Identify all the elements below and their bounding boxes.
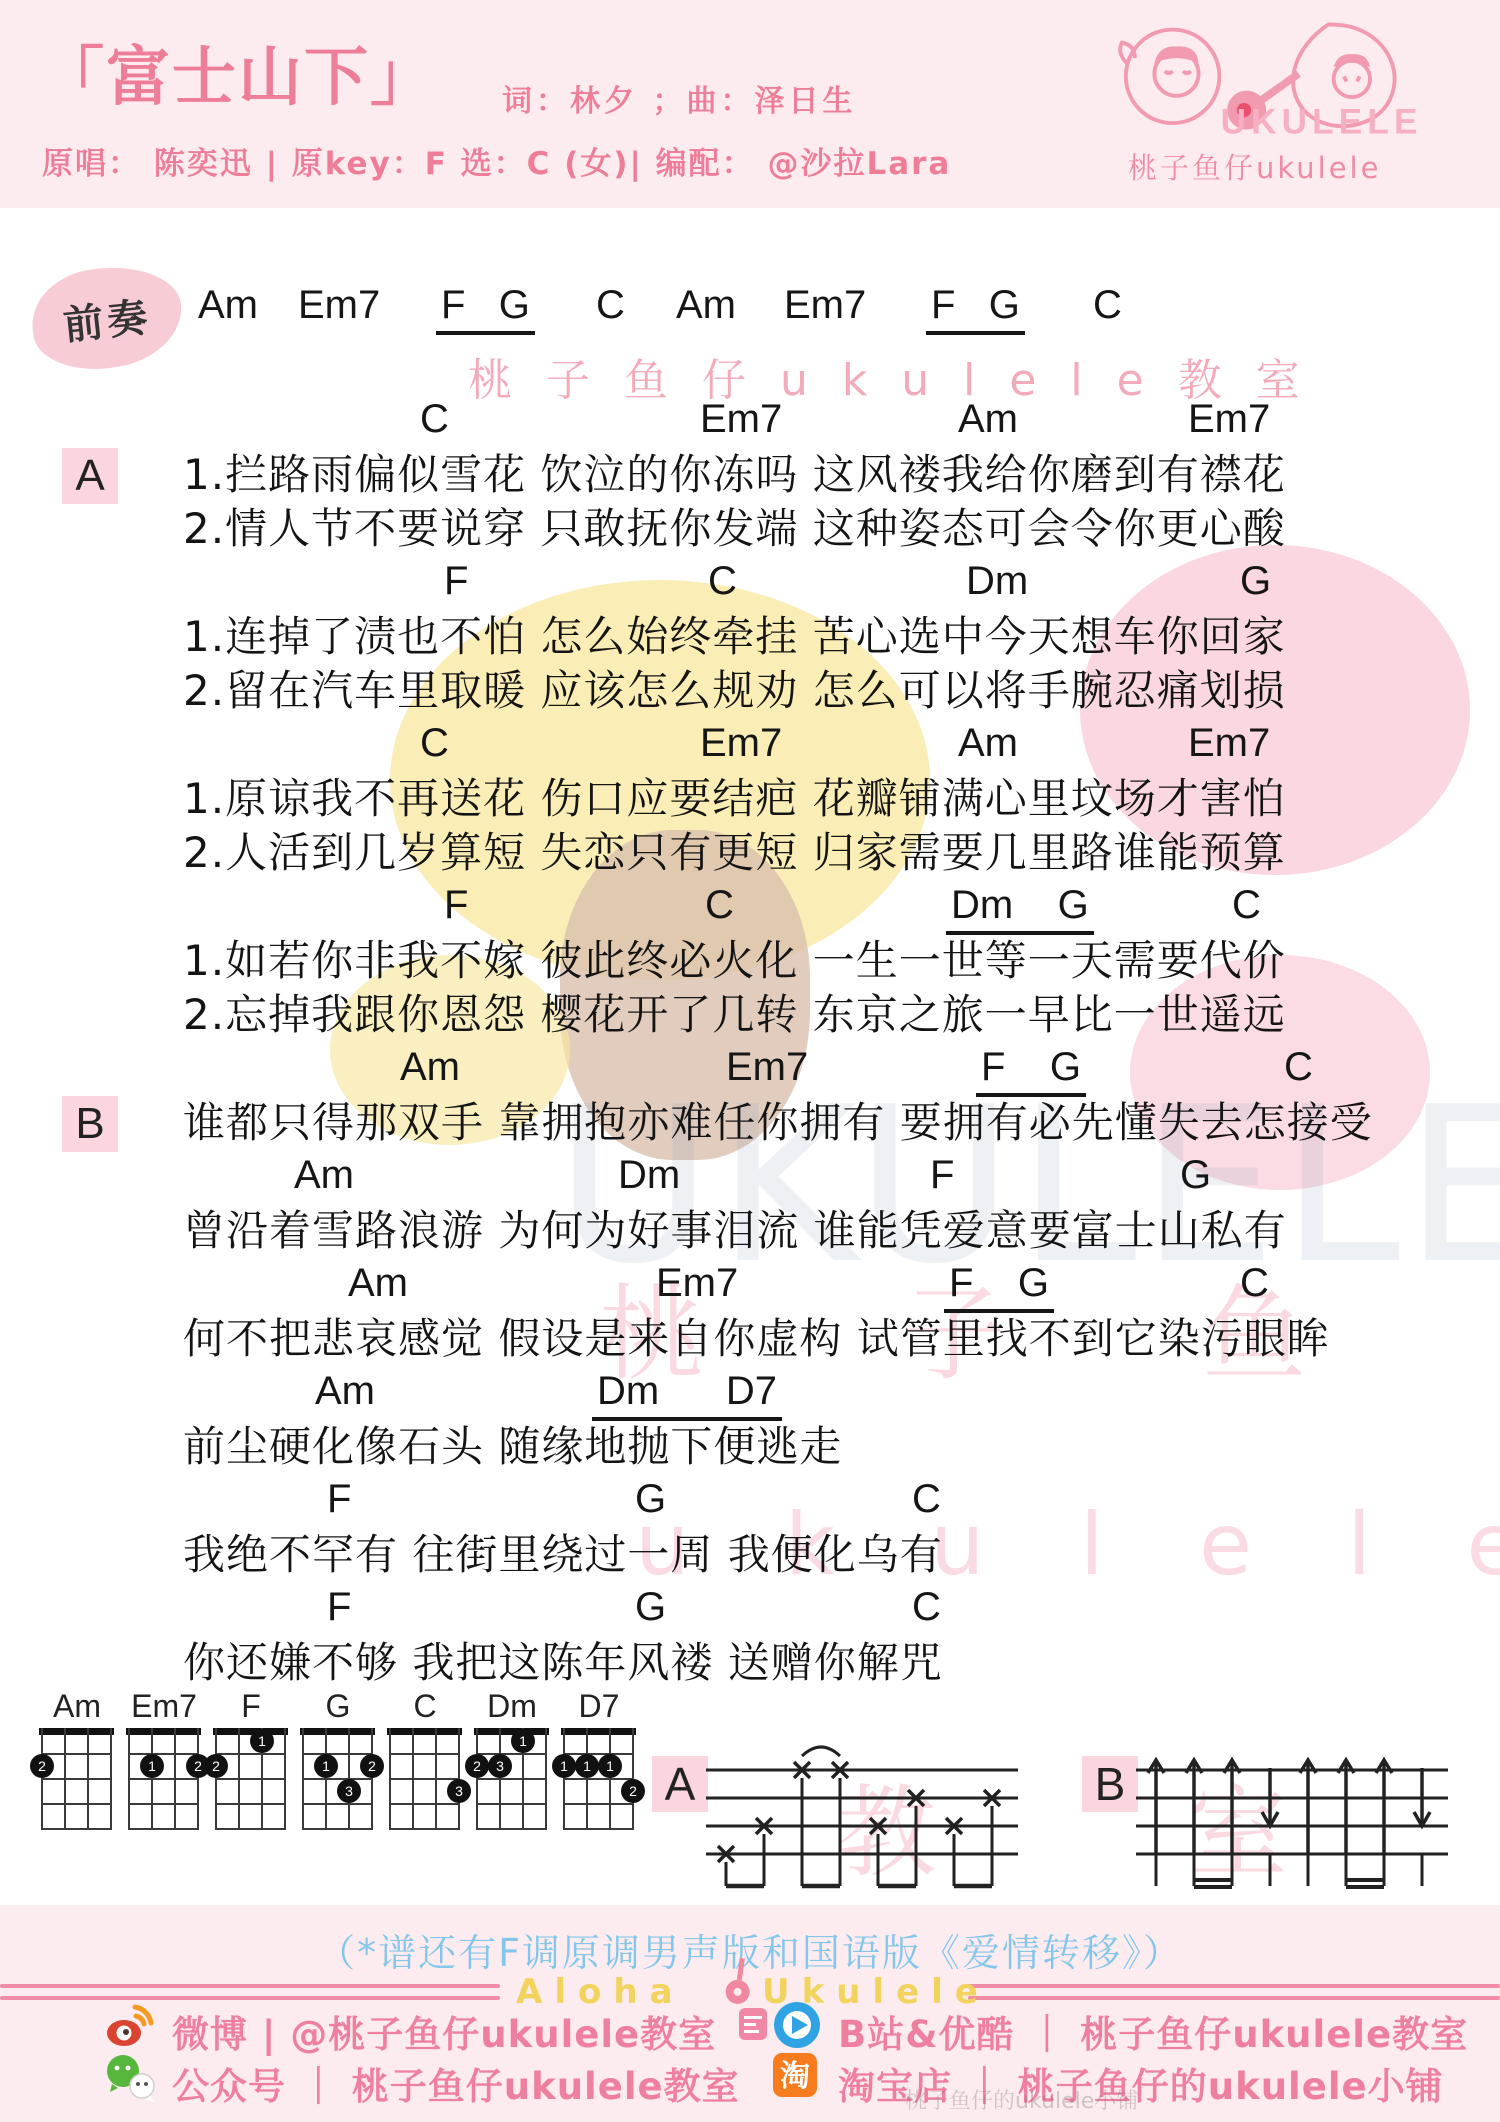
wechat-icon: [104, 2052, 160, 2102]
footer-weibo[interactable]: 微博 | @桃子鱼仔ukulele教室: [172, 2004, 716, 2058]
finger-dot: 1: [511, 1729, 535, 1753]
chord-symbol: F: [327, 1584, 351, 1630]
chord-symbol: Em7: [726, 1044, 808, 1090]
fret-line: [302, 1828, 373, 1830]
youku-play-icon: [772, 2000, 822, 2050]
fret-line: [41, 1803, 112, 1805]
fret-line: [128, 1778, 199, 1780]
string-line: [476, 1728, 478, 1830]
string-line: [522, 1728, 524, 1830]
string-line: [545, 1728, 547, 1830]
lyric-row: 2.忘掉我跟你恩怨 樱花开了几转 东京之旅一早比一世遥远: [0, 990, 1500, 1044]
string-line: [371, 1728, 373, 1830]
nut-bar: [39, 1728, 114, 1735]
fret-line: [389, 1828, 460, 1830]
string-line: [174, 1728, 176, 1830]
string-line: [563, 1728, 565, 1830]
lyric-line: 2.人活到几岁算短 失恋只有更短 归家需要几里路谁能预算: [183, 828, 1286, 878]
chord-row: FCDmG: [0, 558, 1500, 612]
lyric-row: 何不把悲哀感觉 假设是来自你虚构 试管里找不到它染污眼眸: [0, 1314, 1500, 1368]
fret-line: [302, 1778, 373, 1780]
lyric-row: B谁都只得那双手 靠拥抱亦难任你拥有 要拥有必先懂失去怎接受: [0, 1098, 1500, 1152]
fretboard-grid: 12: [128, 1728, 199, 1830]
chord-diagram-D7: D71112: [562, 1688, 636, 1830]
lyric-row: 2.留在汽车里取暖 应该怎么规劝 怎么可以将手腕忍痛划损: [0, 666, 1500, 720]
chord-symbol: Am: [198, 282, 258, 328]
finger-dot: 1: [552, 1754, 576, 1778]
chord-symbol: C: [596, 282, 625, 328]
fret-line: [41, 1778, 112, 1780]
chord-diagram-Am: Am2: [40, 1688, 114, 1830]
bilibili-icon: [738, 2002, 768, 2044]
fret-line: [563, 1778, 634, 1780]
string-line: [412, 1728, 414, 1830]
nut-bar: [213, 1728, 288, 1735]
chord-symbol: C: [1284, 1044, 1313, 1090]
string-line: [435, 1728, 437, 1830]
lyric-row: 前尘硬化像石头 随缘地抛下便逃走: [0, 1422, 1500, 1476]
string-line: [284, 1728, 286, 1830]
chord-symbol: C: [708, 558, 737, 604]
chord-diagram-label: Em7: [127, 1688, 201, 1728]
string-line: [238, 1728, 240, 1830]
lyric-line: 2.留在汽车里取暖 应该怎么规劝 怎么可以将手腕忍痛划损: [183, 666, 1286, 716]
chord-symbol: G: [1240, 558, 1271, 604]
lyric-row: 1.如若你非我不嫁 彼此终必火化 一生一世等一天需要代价: [0, 936, 1500, 990]
lyric-line: 1.拦路雨偏似雪花 饮泣的你冻吗 这风褛我给你磨到有襟花: [183, 450, 1286, 500]
string-line: [110, 1728, 112, 1830]
string-line: [586, 1728, 588, 1830]
fret-line: [215, 1803, 286, 1805]
string-line: [197, 1728, 199, 1830]
fretboard-grid: 12: [215, 1728, 286, 1830]
string-line: [261, 1728, 263, 1830]
lyric-line: 我绝不罕有 往街里绕过一周 我便化乌有: [183, 1530, 943, 1580]
chord-symbol: Em7: [700, 396, 782, 442]
chord-symbol: C: [1093, 282, 1122, 328]
chord-symbol: Dm: [618, 1152, 680, 1198]
chord-diagram-label: F: [214, 1688, 288, 1728]
fret-line: [128, 1803, 199, 1805]
song-sheet-page: UKULELE 桃 子 鱼 仔 u k u l e l e 教 室 「富士山下」…: [0, 0, 1500, 2122]
lyric-line: 2.情人节不要说穿 只敢抚你发端 这种姿态可会令你更心酸: [183, 504, 1286, 554]
chord-row: AmEm7F GC: [0, 1260, 1500, 1314]
lyric-row: 你还嫌不够 我把这陈年风褛 送赠你解咒: [0, 1638, 1500, 1692]
finger-dot: 2: [621, 1779, 645, 1803]
weibo-icon: [104, 2000, 156, 2050]
fret-line: [215, 1828, 286, 1830]
fret-line: [563, 1828, 634, 1830]
chord-symbol: Em7: [298, 282, 380, 328]
chord-symbol: F G: [436, 282, 535, 335]
chord-lyric-sheet: 前奏AmEm7F GCAmEm7F GC桃 子 鱼 仔 u k u l e l …: [0, 282, 1500, 1692]
chord-diagram-label: D7: [562, 1688, 636, 1728]
logo-caption: 桃子鱼仔ukulele: [1128, 146, 1381, 187]
chord-symbol: Em7: [784, 282, 866, 328]
chord-symbol: Am: [348, 1260, 408, 1306]
gray-watermark: 桃子鱼仔的ukulele小铺: [905, 2084, 1138, 2115]
lyricist-composer: 词：林夕 ；曲：泽日生: [502, 76, 856, 120]
chord-symbol: Em7: [1188, 396, 1270, 442]
fretboard-grid: 2: [41, 1728, 112, 1830]
lyric-row: 2.情人节不要说穿 只敢抚你发端 这种姿态可会令你更心酸: [0, 504, 1500, 558]
finger-dot: 1: [250, 1729, 274, 1753]
watermark-big-row3: 教 室: [836, 1752, 1398, 1896]
footer-video[interactable]: B站&优酷 ｜ 桃子鱼仔ukulele教室: [838, 2004, 1468, 2058]
section-a-badge: A: [62, 448, 118, 504]
ukulele-icon: [722, 1956, 756, 2008]
string-line: [389, 1728, 391, 1830]
string-line: [632, 1728, 634, 1830]
lyric-row: A1.拦路雨偏似雪花 饮泣的你冻吗 这风褛我给你磨到有襟花: [0, 450, 1500, 504]
string-line: [348, 1728, 350, 1830]
string-line: [215, 1728, 217, 1830]
chord-row: AmDm D7: [0, 1368, 1500, 1422]
svg-text:淘: 淘: [780, 2059, 810, 2094]
finger-dot: 1: [598, 1754, 622, 1778]
chord-symbol: G: [1180, 1152, 1211, 1198]
finger-dot: 2: [204, 1754, 228, 1778]
chord-symbol: Am: [958, 720, 1018, 766]
divider-line: [0, 1984, 500, 1988]
finger-dot: 2: [30, 1754, 54, 1778]
chord-symbol: Em7: [656, 1260, 738, 1306]
lyric-line: 1.如若你非我不嫁 彼此终必火化 一生一世等一天需要代价: [183, 936, 1286, 986]
pattern-a-badge: A: [652, 1756, 708, 1812]
nut-bar: [561, 1728, 636, 1735]
peach-fish-logo-icon: UKULELE: [1100, 14, 1440, 140]
fretboard-grid: 123: [302, 1728, 373, 1830]
finger-dot: 1: [140, 1754, 164, 1778]
string-line: [325, 1728, 327, 1830]
chord-row: CEm7AmEm7: [0, 720, 1500, 774]
credits-line: 原唱： 陈奕迅 | 原key：F 选：C (女)| 编配： @沙拉Lara: [42, 138, 951, 183]
lyric-row: 2.人活到几岁算短 失恋只有更短 归家需要几里路谁能预算: [0, 828, 1500, 882]
header: 「富士山下」 词：林夕 ；曲：泽日生 原唱： 陈奕迅 | 原key：F 选：C …: [0, 0, 1500, 208]
chord-row: CEm7AmEm7: [0, 396, 1500, 450]
chord-row: AmEm7F GC: [0, 1044, 1500, 1098]
chord-diagram-F: F12: [214, 1688, 288, 1830]
chord-row: FGC: [0, 1584, 1500, 1638]
chord-symbol: C: [912, 1584, 941, 1630]
fret-line: [476, 1803, 547, 1805]
chord-diagram-Dm: Dm123: [475, 1688, 549, 1830]
string-line: [64, 1728, 66, 1830]
string-line: [41, 1728, 43, 1830]
lyric-line: 2.忘掉我跟你恩怨 樱花开了几转 东京之旅一早比一世遥远: [183, 990, 1286, 1040]
string-line: [151, 1728, 153, 1830]
chord-symbol: F G: [976, 1044, 1086, 1097]
watermark-row: 桃 子 鱼 仔 u k u l e l e 教 室: [0, 342, 1500, 396]
song-title: 「富士山下」: [40, 26, 436, 118]
lyric-line: 前尘硬化像石头 随缘地抛下便逃走: [183, 1422, 842, 1472]
fret-line: [563, 1753, 634, 1755]
chord-diagram-C: C3: [388, 1688, 462, 1830]
logo-word: UKULELE: [1221, 103, 1423, 140]
finger-dot: 2: [465, 1754, 489, 1778]
finger-dot: 2: [360, 1754, 384, 1778]
fret-line: [302, 1803, 373, 1805]
fretboard-grid: 123: [476, 1728, 547, 1830]
chord-symbol: C: [1232, 882, 1261, 928]
lyric-row: 我绝不罕有 往街里绕过一周 我便化乌有: [0, 1530, 1500, 1584]
lyric-line: 你还嫌不够 我把这陈年风褛 送赠你解咒: [183, 1638, 943, 1688]
fret-line: [389, 1803, 460, 1805]
fret-line: [302, 1753, 373, 1755]
finger-dot: 2: [186, 1754, 210, 1778]
lyric-line: 1.连掉了渍也不怕 怎么始终牵挂 苦心选中今天想车你回家: [183, 612, 1286, 662]
chord-symbol: F: [444, 558, 468, 604]
fret-line: [215, 1753, 286, 1755]
string-line: [302, 1728, 304, 1830]
string-line: [499, 1728, 501, 1830]
chord-diagram-label: Am: [40, 1688, 114, 1728]
divider-line: [968, 1984, 1500, 1988]
chord-symbol: C: [912, 1476, 941, 1522]
fret-line: [476, 1828, 547, 1830]
finger-dot: 3: [337, 1779, 361, 1803]
lyric-line: 曾沿着雪路浪游 为何为好事泪流 谁能凭爱意要富士山私有: [183, 1206, 1287, 1256]
chord-symbol: Em7: [700, 720, 782, 766]
chord-symbol: C: [1240, 1260, 1269, 1306]
nut-bar: [126, 1728, 201, 1735]
string-line: [87, 1728, 89, 1830]
nut-bar: [474, 1728, 549, 1735]
fret-line: [476, 1778, 547, 1780]
lyric-line: 1.原谅我不再送花 伤口应要结疤 花瓣铺满心里坟场才害怕: [183, 774, 1286, 824]
fret-line: [41, 1828, 112, 1830]
divider-line: [0, 1996, 500, 2000]
lyric-row: 1.连掉了渍也不怕 怎么始终牵挂 苦心选中今天想车你回家: [0, 612, 1500, 666]
chord-symbol: C: [420, 396, 449, 442]
lyric-line: 何不把悲哀感觉 假设是来自你虚构 试管里找不到它染污眼眸: [183, 1314, 1330, 1364]
chord-symbol: Am: [400, 1044, 460, 1090]
lyric-row: 曾沿着雪路浪游 为何为好事泪流 谁能凭爱意要富士山私有: [0, 1206, 1500, 1260]
finger-dot: 3: [488, 1754, 512, 1778]
fret-line: [389, 1753, 460, 1755]
lyric-row: 1.原谅我不再送花 伤口应要结疤 花瓣铺满心里坟场才害怕: [0, 774, 1500, 828]
string-line: [609, 1728, 611, 1830]
chord-symbol: C: [705, 882, 734, 928]
fretboard-grid: 1112: [563, 1728, 634, 1830]
fret-line: [41, 1753, 112, 1755]
fret-line: [128, 1828, 199, 1830]
chord-diagram-label: C: [388, 1688, 462, 1728]
chord-symbol: Dm: [966, 558, 1028, 604]
section-b-badge: B: [62, 1096, 118, 1152]
chord-row: FGC: [0, 1476, 1500, 1530]
chord-symbol: F G: [944, 1260, 1054, 1313]
chord-diagram-label: Dm: [475, 1688, 549, 1728]
chord-diagram-Em7: Em712: [127, 1688, 201, 1830]
chord-symbol: C: [420, 720, 449, 766]
chord-symbol: G: [635, 1476, 666, 1522]
chord-symbol: Am: [958, 396, 1018, 442]
chord-row: AmDmFG: [0, 1152, 1500, 1206]
chord-symbol: Am: [676, 282, 736, 328]
chord-row: 前奏AmEm7F GCAmEm7F GC: [0, 282, 1500, 342]
chord-symbol: Dm G: [946, 882, 1094, 935]
chord-symbol: F G: [926, 282, 1025, 335]
chord-symbol: Am: [315, 1368, 375, 1414]
finger-dot: 1: [575, 1754, 599, 1778]
fret-line: [215, 1778, 286, 1780]
fret-line: [476, 1753, 547, 1755]
chord-symbol: Am: [294, 1152, 354, 1198]
chord-symbol: Dm D7: [592, 1368, 782, 1421]
chord-symbol: F: [327, 1476, 351, 1522]
chord-symbol: F: [930, 1152, 954, 1198]
divider-line: [968, 1996, 1500, 2000]
fretboard-grid: 3: [389, 1728, 460, 1830]
nut-bar: [300, 1728, 375, 1735]
fret-line: [128, 1753, 199, 1755]
taobao-icon: 淘: [772, 2052, 818, 2098]
chord-symbol: G: [635, 1584, 666, 1630]
fret-line: [563, 1803, 634, 1805]
string-line: [458, 1728, 460, 1830]
finger-dot: 1: [314, 1754, 338, 1778]
nut-bar: [387, 1728, 462, 1735]
fret-line: [389, 1778, 460, 1780]
chord-diagram-G: G123: [301, 1688, 375, 1830]
lyric-line: 谁都只得那双手 靠拥抱亦难任你拥有 要拥有必先懂失去怎接受: [183, 1098, 1373, 1148]
chord-row: FCDm GC: [0, 882, 1500, 936]
chord-symbol: F: [444, 882, 468, 928]
chord-diagram-label: G: [301, 1688, 375, 1728]
chord-symbol: Em7: [1188, 720, 1270, 766]
finger-dot: 3: [447, 1779, 471, 1803]
string-line: [128, 1728, 130, 1830]
footer-wechat[interactable]: 公众号 ｜ 桃子鱼仔ukulele教室: [172, 2056, 740, 2110]
